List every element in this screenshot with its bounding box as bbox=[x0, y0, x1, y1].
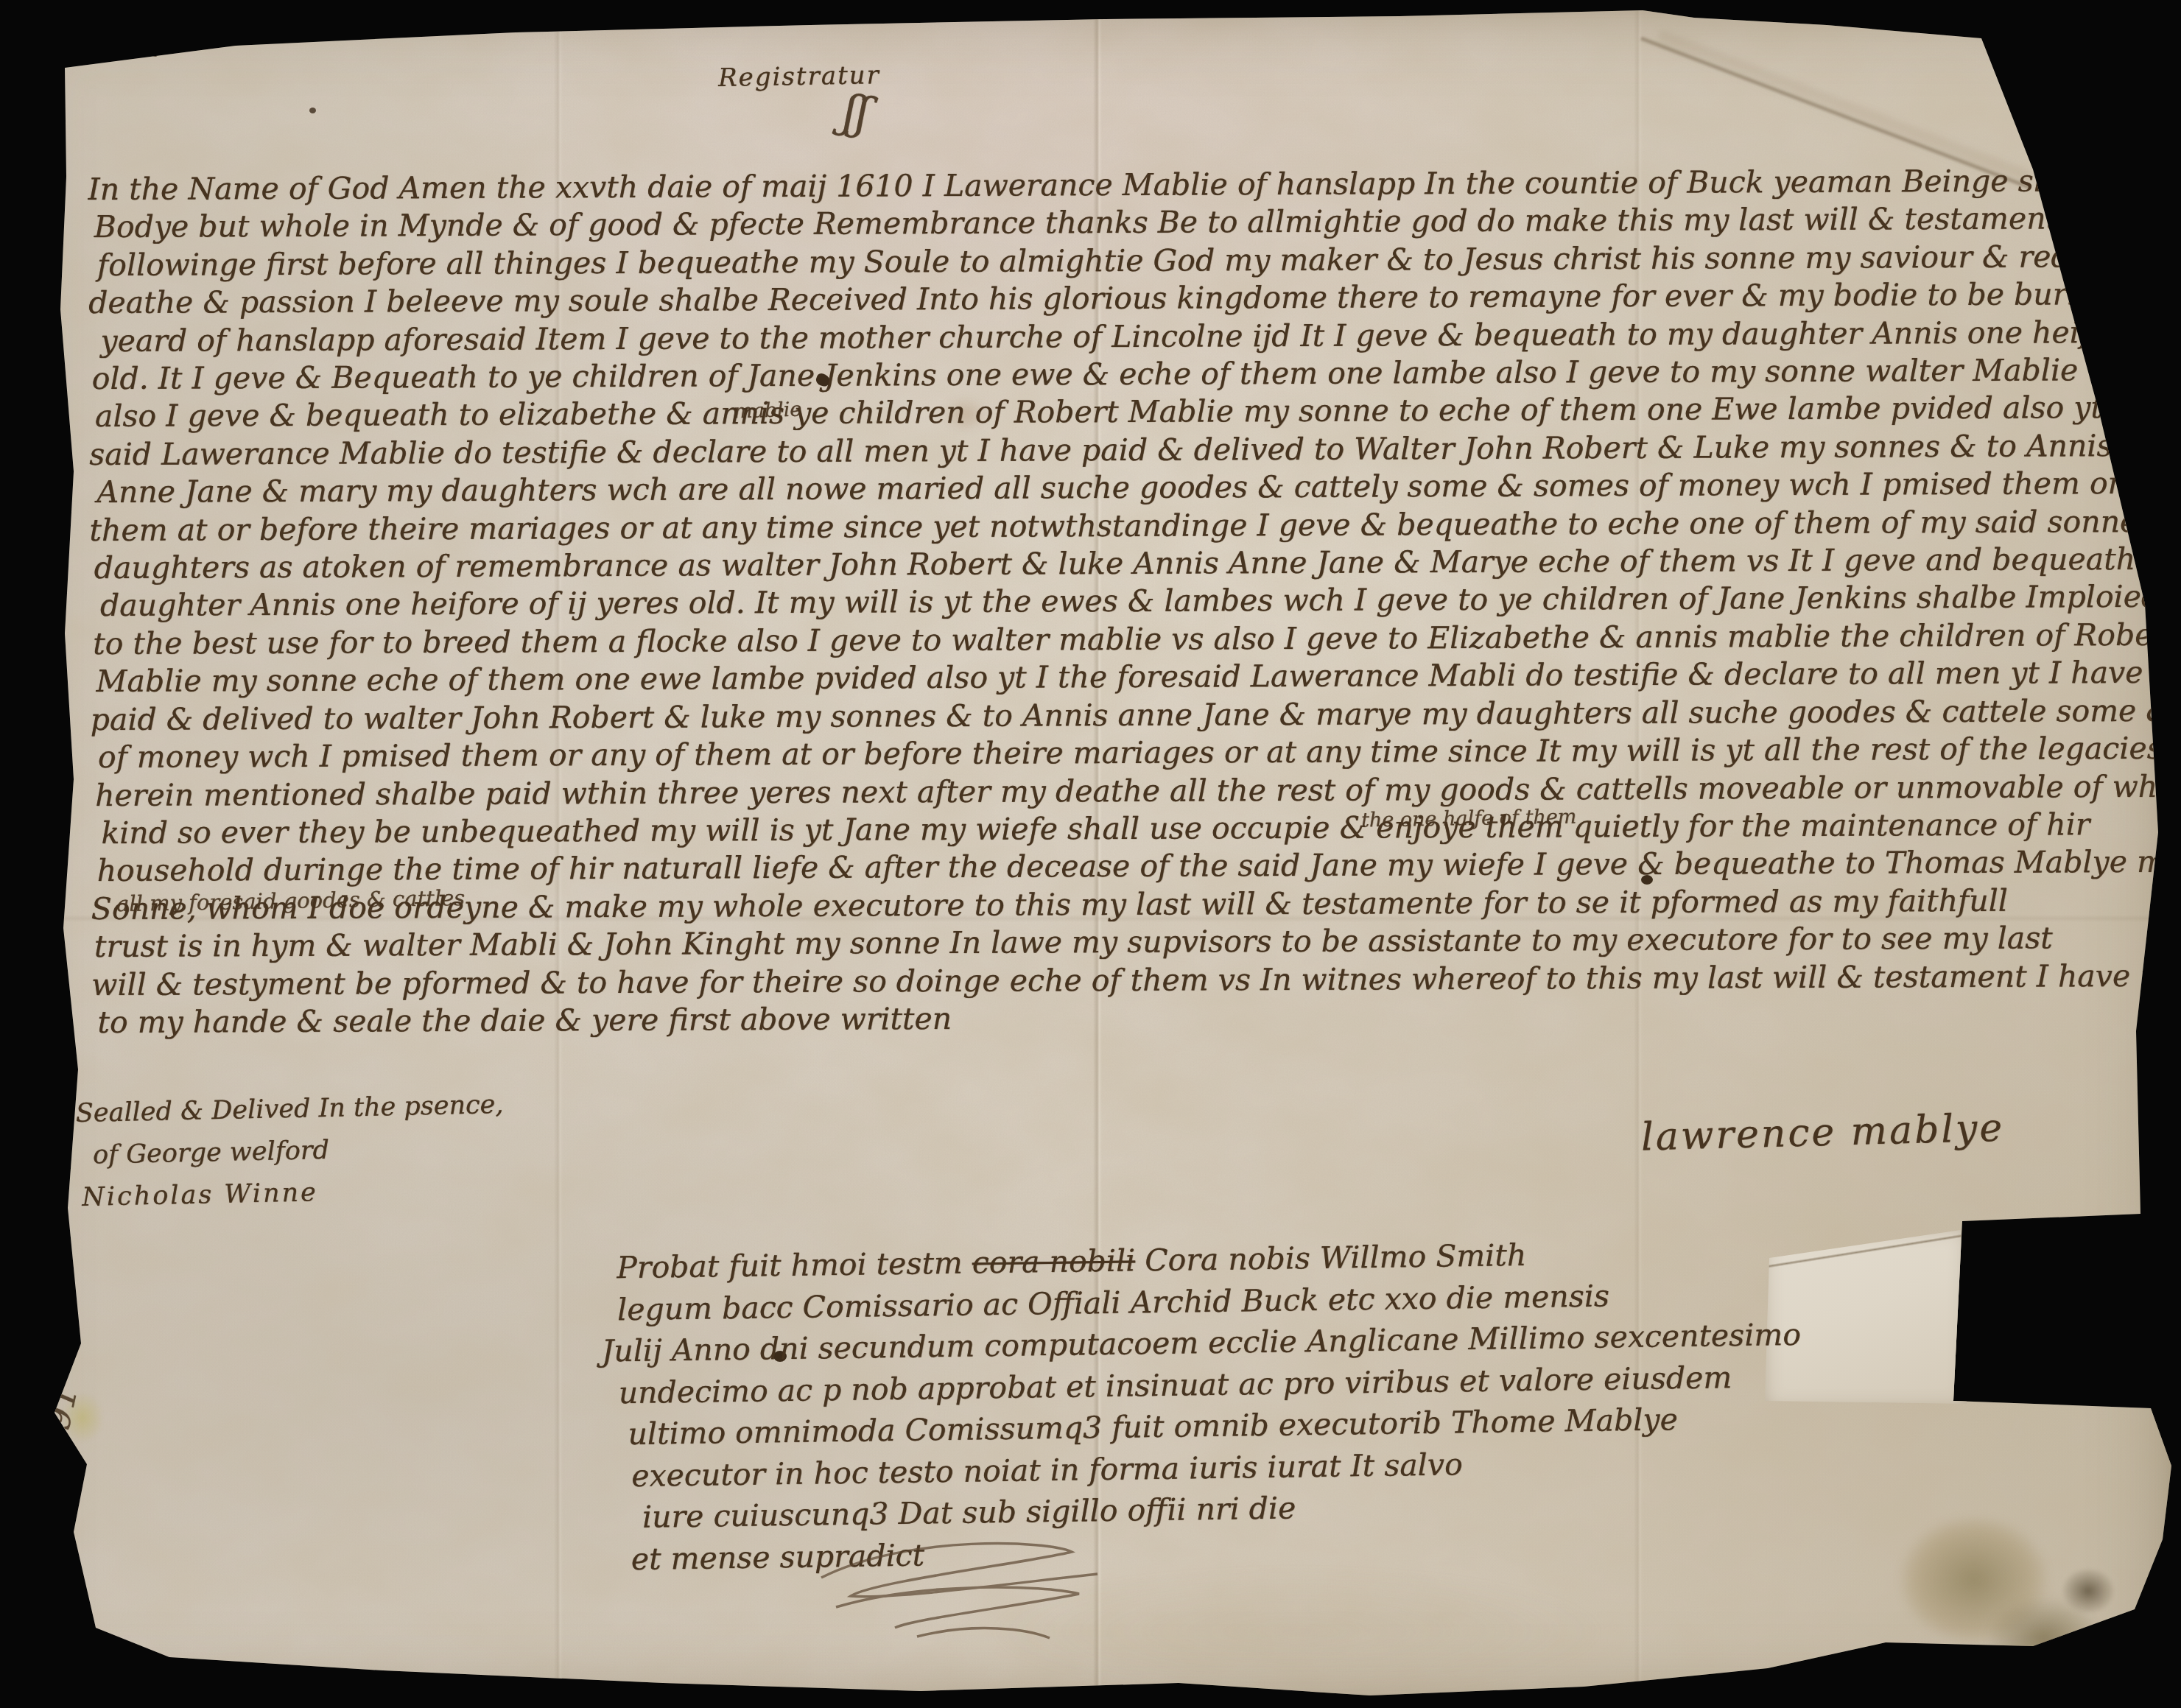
pen-flourish: ʃʃ bbox=[840, 84, 873, 141]
probate-text: Probat fuit hmoi testm bbox=[617, 1245, 972, 1285]
probate-lines: legum bacc Comissario ac Offiali Archid … bbox=[617, 1272, 1805, 1580]
archival-folio-number: 91 bbox=[38, 1382, 85, 1433]
photograph-of-manuscript: Registratur ʃʃ In the Name of God Amen t… bbox=[0, 0, 2181, 1708]
ink-speck bbox=[309, 108, 316, 113]
struck-text: cora nobili bbox=[972, 1243, 1135, 1280]
paper-sheet: Registratur ʃʃ In the Name of God Amen t… bbox=[0, 0, 2181, 1708]
attestation-line: Sealled & Delived In the psence, bbox=[75, 1084, 504, 1135]
manuscript-line: to my hande & seale the daie & yere firs… bbox=[97, 995, 2139, 1042]
interlineation: the one halfe of them bbox=[1361, 805, 1577, 832]
interlineation: mablie bbox=[733, 398, 801, 423]
stain bbox=[994, 1569, 1598, 1694]
stain bbox=[1989, 1598, 2099, 1679]
witness-attestation: Sealled & Delived In the psence,of Georg… bbox=[75, 1084, 505, 1219]
ink-speck bbox=[152, 50, 158, 57]
testator-signature: lawrence mablye bbox=[1640, 1106, 2004, 1160]
stain bbox=[1900, 1517, 2048, 1642]
probate-clause: Probat fuit hmoi testm cora nobili Cora … bbox=[617, 1231, 1804, 1580]
stain bbox=[2062, 1569, 2114, 1613]
probate-text: Cora nobis Willmo Smith bbox=[1135, 1237, 1527, 1278]
attestation-line: Nicholas Winne bbox=[82, 1168, 506, 1219]
